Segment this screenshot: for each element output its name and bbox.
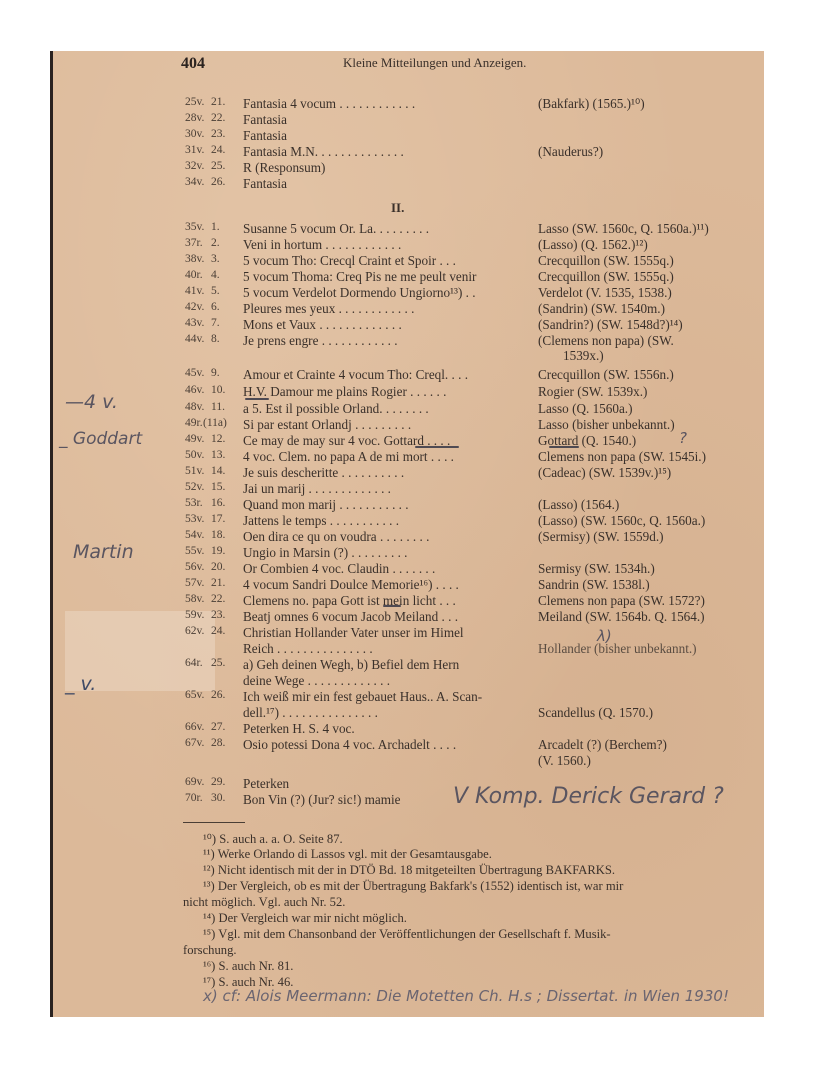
entry-number: 25. [211,657,225,669]
entry-number: 20. [211,561,225,573]
entry-number: 9. [211,367,220,379]
entry-title: Clemens no. papa Gott ist mein licht . .… [243,593,456,609]
entry-number: 6. [211,301,220,313]
entry-title: 5 vocum Verdelot Dormendo Ungiorno¹³) . … [243,285,476,301]
entry-title: Mons et Vaux . . . . . . . . . . . . . [243,317,402,333]
entry-attribution: Crecquillon (SW. 1556n.) [538,367,674,383]
entry-number: 22. [211,112,225,124]
entry-attribution-cont: 1539x.) [563,348,604,364]
entry-title: Pleures mes yeux . . . . . . . . . . . . [243,301,414,317]
entry-title: Je suis descheritte . . . . . . . . . . [243,465,404,481]
entry-attribution-cont: (V. 1560.) [538,753,591,769]
pencil-underline [383,605,401,607]
folio: 38v. [185,253,204,265]
footnote-mark: ¹²) [203,863,215,877]
entry-attribution: (Bakfark) (1565.)¹⁰) [538,96,645,112]
folio: 65v. [185,689,204,701]
folio: 62v. [185,625,204,637]
entry-title: a) Geh deinen Wegh, b) Befiel dem Hern [243,657,459,673]
footnote: ¹¹) Werke Orlando di Lassos vgl. mit der… [203,847,492,862]
pencil-underline [549,446,579,448]
entry-title: Peterken H. S. 4 voc. [243,721,355,737]
folio: 42v. [185,301,204,313]
entry-number: 8. [211,333,220,345]
footnote-text: Vgl. mit dem Chansonband der Veröffentli… [218,927,610,941]
entry-attribution: (Lasso) (1564.) [538,497,619,513]
entry-title: a 5. Est il possible Orland. . . . . . .… [243,401,429,417]
entry-number: 11. [211,401,225,413]
folio: 52v. [185,481,204,493]
entry-number: 21. [211,96,225,108]
footnote-mark: ¹³) [203,879,215,893]
folio: 57v. [185,577,204,589]
folio: 56v. [185,561,204,573]
entry-title: Or Combien 4 voc. Claudin . . . . . . . [243,561,435,577]
entry-number: 29. [211,776,225,788]
handwritten-composer-note: V Komp. Derick Gerard ? [453,784,724,809]
folio: 49r. [185,417,203,429]
entry-title: 5 vocum Tho: Crecql Craint et Spoir . . … [243,253,456,269]
entry-title: Beatj omnes 6 vocum Jacob Meiland . . . [243,609,458,625]
entry-title: Osio potessi Dona 4 voc. Archadelt . . .… [243,737,456,753]
entry-title: Amour et Crainte 4 vocum Tho: Creql. . .… [243,367,468,383]
entry-title: Susanne 5 vocum Or. La. . . . . . . . . [243,221,429,237]
entry-attribution: Clemens non papa (SW. 1545i.) [538,449,706,465]
entry-title-cont: Reich . . . . . . . . . . . . . . . [243,641,373,657]
entry-attribution: (Nauderus?) [538,144,603,160]
footnote: ¹³) Der Vergleich, ob es mit der Übertra… [203,879,623,894]
folio: 66v. [185,721,204,733]
handwritten-margin-note: _ Goddart [59,429,142,449]
entry-title: Fantasia M.N. . . . . . . . . . . . . . [243,144,404,160]
entry-number: 17. [211,513,225,525]
footnote: ¹⁰) S. auch a. a. O. Seite 87. [203,831,343,847]
footnote-text: Nicht identisch mit der in DTÖ Bd. 18 mi… [218,863,615,877]
folio: 41v. [185,285,204,297]
folio: 48v. [185,401,204,413]
entry-attribution: Hollander (bisher unbekannt.) [538,641,697,657]
folio: 54v. [185,529,204,541]
section-heading: II. [391,200,404,216]
folio: 44v. [185,333,204,345]
entry-title: R (Responsum) [243,160,325,176]
entry-title: Fantasia [243,128,287,144]
folio: 59v. [185,609,204,621]
folio: 49v. [185,433,204,445]
entry-attribution: (Lasso) (SW. 1560c, Q. 1560a.) [538,513,705,529]
pencil-underline [245,398,269,400]
entry-title: Christian Hollander Vater unser im Himel [243,625,464,641]
footnote-text: S. auch Nr. 81. [219,959,294,973]
entry-number: 26. [211,176,225,188]
folio: 51v. [185,465,204,477]
entry-attribution: (Lasso) (Q. 1562.)¹²) [538,237,648,253]
entry-number: 23. [211,609,225,621]
entry-title: Je prens engre . . . . . . . . . . . . [243,333,398,349]
footnote-text: Der Vergleich, ob es mit der Übertragung… [218,879,623,893]
folio: 34v. [185,176,204,188]
entry-title: Fantasia [243,112,287,128]
entry-number: 15. [211,481,225,493]
entry-number: 21. [211,577,225,589]
entry-title: Peterken [243,776,289,792]
entry-attribution: Crecquillon (SW. 1555q.) [538,269,674,285]
entry-number: 24. [211,625,225,637]
entry-number: 19. [211,545,225,557]
folio: 30v. [185,128,204,140]
entry-attribution: Lasso (bisher unbekannt.) [538,417,675,433]
page-header: 404 Kleine Mitteilungen und Anzeigen. [53,55,764,75]
entry-title-cont: deine Wege . . . . . . . . . . . . . [243,673,390,689]
entry-number: 10. [211,384,225,396]
folio: 53r. [185,497,203,509]
entry-number: 30. [211,792,225,804]
folio: 32v. [185,160,204,172]
folio: 67v. [185,737,204,749]
folio: 37r. [185,237,203,249]
handwritten-lambda-mark: λ) [597,627,612,645]
entry-attribution: Scandellus (Q. 1570.) [538,705,653,721]
handwritten-margin-note: —4 v. [65,391,118,413]
entry-number: 24. [211,144,225,156]
entry-number: 3. [211,253,220,265]
folio: 43v. [185,317,204,329]
footnote-text: S. auch a. a. O. Seite 87. [219,832,342,846]
folio: 64r. [185,657,203,669]
entry-attribution: (Cadeac) (SW. 1539v.)¹⁵) [538,465,671,481]
entry-attribution: Clemens non papa (SW. 1572?) [538,593,705,609]
footnote-continuation: nicht möglich. Vgl. auch Nr. 52. [183,895,345,910]
entry-attribution: (Sandrin?) (SW. 1548d?)¹⁴) [538,317,683,333]
entry-number: 28. [211,737,225,749]
entry-attribution: Arcadelt (?) (Berchem?) [538,737,667,753]
folio: 25v. [185,96,204,108]
entry-title: Ungio in Marsin (?) . . . . . . . . . [243,545,407,561]
entry-number: 13. [211,449,225,461]
entry-title: 5 vocum Thoma: Creq Pis ne me peult veni… [243,269,476,285]
entry-attribution: (Sandrin) (SW. 1540m.) [538,301,665,317]
folio: 28v. [185,112,204,124]
handwritten-bottom-note: x) cf: Alois Meermann: Die Motetten Ch. … [203,987,729,1005]
folio: 40r. [185,269,203,281]
folio: 35v. [185,221,204,233]
entry-number: 14. [211,465,225,477]
footnote-mark: ¹⁶) [203,959,215,973]
entry-title: 4 voc. Clem. no papa A de mi mort . . . … [243,449,454,465]
entry-title: Quand mon marij . . . . . . . . . . . [243,497,409,513]
entry-number: 27. [211,721,225,733]
entry-attribution: (Sermisy) (SW. 1559d.) [538,529,664,545]
entry-title: Fantasia 4 vocum . . . . . . . . . . . . [243,96,415,112]
entry-attribution: Sandrin (SW. 1538l.) [538,577,650,593]
footnote: ¹⁵) Vgl. mit dem Chansonband der Veröffe… [203,927,611,942]
entry-title: Ich weiß mir ein fest gebauet Haus.. A. … [243,689,482,705]
entry-title: Veni in hortum . . . . . . . . . . . . [243,237,401,253]
entry-number: 5. [211,285,220,297]
entry-title: 4 vocum Sandri Doulce Memorie¹⁶) . . . . [243,577,459,593]
footnote-mark: ¹⁰) [203,832,216,846]
entry-number: 2. [211,237,220,249]
entry-number: 12. [211,433,225,445]
handwritten-question-mark: ? [679,429,687,447]
folio: 58v. [185,593,204,605]
entry-number: 7. [211,317,220,329]
entry-title: Jattens le temps . . . . . . . . . . . [243,513,399,529]
entry-title: Jai un marij . . . . . . . . . . . . . [243,481,391,497]
footnote: ¹⁴) Der Vergleich war mir nicht möglich. [203,911,407,926]
folio: 45v. [185,367,204,379]
folio: 55v. [185,545,204,557]
folio: 31v. [185,144,204,156]
footnote-mark: ¹⁵) [203,927,215,941]
entry-title: Bon Vin (?) (Jur? sic!) mamie [243,792,401,808]
folio: 53v. [185,513,204,525]
footnote-mark: ¹¹) [203,847,215,861]
footnote-mark: ¹⁴) [203,911,215,925]
entry-number: 4. [211,269,220,281]
folio: 69v. [185,776,204,788]
entry-title: Fantasia [243,176,287,192]
page-number: 404 [181,55,205,73]
footnote: ¹²) Nicht identisch mit der in DTÖ Bd. 1… [203,863,615,878]
folio: 70r. [185,792,203,804]
entry-number: 25. [211,160,225,172]
footnote-separator [183,822,245,823]
footnote-text: Der Vergleich war mir nicht möglich. [219,911,407,925]
entry-number: 16. [211,497,225,509]
entry-number: 1. [211,221,220,233]
footnote: ¹⁶) S. auch Nr. 81. [203,959,293,974]
entry-number: 22. [211,593,225,605]
entry-title: H.V. Damour me plains Rogier . . . . . . [243,384,446,400]
folio: 46v. [185,384,204,396]
entry-number: (11a) [203,417,227,429]
footnote-text: Werke Orlando di Lassos vgl. mit der Ges… [218,847,492,861]
entry-attribution: Sermisy (SW. 1534h.) [538,561,655,577]
footnote-continuation: forschung. [183,943,237,958]
entry-number: 26. [211,689,225,701]
running-title: Kleine Mitteilungen und Anzeigen. [343,55,526,71]
entry-number: 23. [211,128,225,140]
entry-title: Si par estant Orlandj . . . . . . . . . [243,417,411,433]
entry-attribution: Meiland (SW. 1564b. Q. 1564.) [538,609,705,625]
folio: 50v. [185,449,204,461]
entry-number: 18. [211,529,225,541]
pencil-underline [415,446,459,448]
scanned-page: 404 Kleine Mitteilungen und Anzeigen. 25… [50,51,764,1017]
entry-attribution: Verdelot (V. 1535, 1538.) [538,285,672,301]
entry-title-cont: dell.¹⁷) . . . . . . . . . . . . . . . [243,705,378,721]
handwritten-margin-note: Martin [73,541,134,563]
handwritten-margin-note: _ v. [65,673,96,695]
entry-title: Oen dira ce qu on voudra . . . . . . . . [243,529,429,545]
entry-attribution: Crecquillon (SW. 1555q.) [538,253,674,269]
entry-attribution: Rogier (SW. 1539x.) [538,384,647,400]
entry-attribution: Lasso (SW. 1560c, Q. 1560a.)¹¹) [538,221,709,237]
entry-attribution: Lasso (Q. 1560a.) [538,401,633,417]
entry-attribution: (Clemens non papa) (SW. [538,333,674,349]
